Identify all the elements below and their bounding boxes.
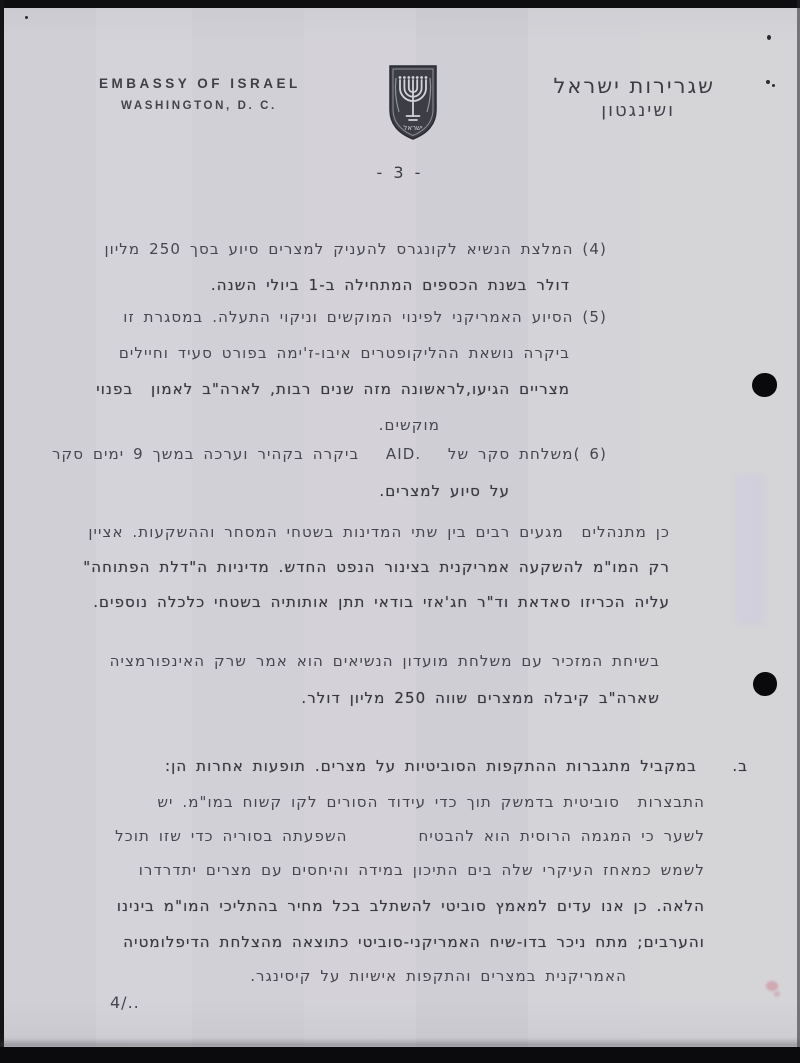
document-line: (6 )משלחת סקר של ‎AID.‎ ביקרה בקהיר וערכ… [52,444,607,464]
scanned-document-page: { "letterhead": { "embassy_name": "EMBAS… [0,0,800,1063]
pink-smudge [774,991,780,997]
scan-band-artifact [736,476,764,624]
document-line: האמריקנית במצרים והתקפות אישיות על קיסינ… [250,966,627,986]
document-line: ב. במקביל מתגברות ההתקפות הסוביטיות על מ… [165,756,748,776]
scan-edge-left [0,0,4,1063]
hole-punch-mark [752,373,777,397]
document-line: ביקרה נושאת ההליקופטרים איבו-ז'ימה בפורט… [119,343,570,363]
document-line: שארה"ב קיבלה ממצרים שווה 250 מליון דולר. [301,688,660,708]
continuation-mark: 4/.. [110,993,140,1012]
embassy-name-hebrew: שגרירות ישראל [553,74,715,98]
ink-speck [772,84,775,87]
embassy-name-english: EMBASSY OF ISRAEL [99,76,301,91]
document-line: והערבים; מתח ניכר בדו-שיח האמריקני-סוביט… [123,932,705,952]
document-line: הלאה. כן אנו עדים למאמץ סוביטי להשתלב בכ… [117,896,705,916]
page-bottom-shadow [0,1038,800,1047]
document-line: על סיוע למצרים. [379,481,510,501]
scan-edge-top [0,0,800,8]
embassy-city-english: WASHINGTON, D. C. [121,100,277,112]
pink-smudge [766,981,778,991]
document-line: לשער כי המגמה הרוסית הוא להבטיח השפעתה ב… [115,826,705,846]
israel-state-emblem: ישראל [382,60,444,146]
document-line: מוקשים. [379,415,440,435]
document-line: כן מתנהלים מגעים רבים בין שתי המדינות בש… [88,522,670,542]
ink-speck [766,80,770,84]
hole-punch-mark [753,672,777,696]
ink-speck [767,35,771,40]
document-line: רק המו"מ להשקעה אמריקנית בצינור הנפט החד… [83,557,670,577]
ink-speck [25,16,28,19]
document-line: (4) המלצת הנשיא לקונגרס להעניק למצרים סי… [104,239,607,259]
menorah-icon: ישראל [382,60,444,146]
document-line: בשיחת המזכיר עם משלחת מועדון הנשיאים הוא… [110,651,660,671]
document-line: עליה הכריזו סאדאת וד"ר חג'אזי בודאי תתן … [93,592,670,612]
document-line: דולר בשנת הכספים המתחילה ב-1 ביולי השנה. [211,275,570,295]
document-line: התבצרות סוביטית בדמשק תוך כדי עידוד הסור… [157,792,705,812]
document-line: (5) הסיוע האמריקני לפינוי המוקשים וניקוי… [123,307,607,327]
page-number: - 3 - [0,163,800,182]
document-line: לשמש כמאחז העיקרי שלה בים התיכון במידה ו… [139,860,705,880]
document-line: מצריים הגיעו,לראשונה מזה שנים רבות, לארה… [96,379,570,399]
emblem-caption: ישראל [403,124,423,132]
scan-edge-bottom [0,1047,800,1063]
embassy-city-hebrew: ושינגטון [601,100,675,121]
